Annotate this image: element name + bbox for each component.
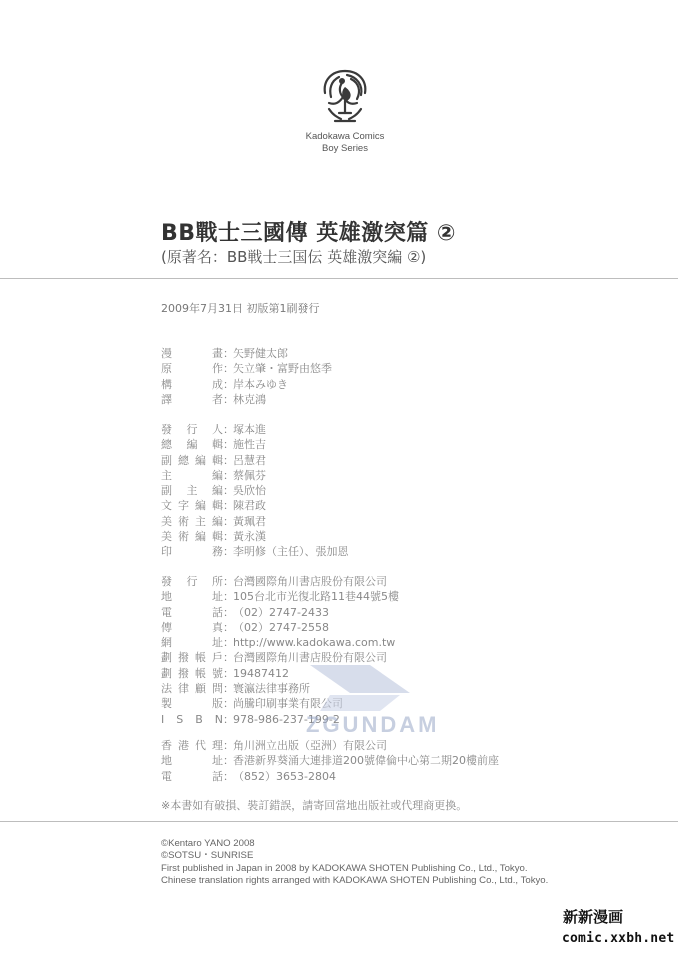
credit-label: 副總編輯 [161, 453, 223, 468]
credit-row: 原作：矢立肇・富野由悠季 [161, 361, 332, 376]
credit-label: 印務 [161, 544, 223, 559]
credit-label: 網址 [161, 635, 223, 650]
credit-label: 地址 [161, 753, 223, 768]
credit-label: ISBN [161, 712, 223, 727]
credit-value: 吳欣怡 [233, 483, 266, 498]
credit-label-char: 編 [195, 529, 206, 544]
credit-label: 劃撥帳戶 [161, 650, 223, 665]
credit-value: 台灣國際角川書店股份有限公司 [233, 650, 387, 665]
original-title: (原著名：BB戦士三国伝 英雄激突編 ②) [161, 246, 426, 267]
credit-separator: ： [223, 544, 233, 559]
credit-row: 發行所：台灣國際角川書店股份有限公司 [161, 574, 399, 589]
credit-label: 漫畫 [161, 346, 223, 361]
credit-label-char: 作 [212, 361, 223, 376]
credit-label-char: 址 [212, 635, 223, 650]
credit-label-char: 副 [161, 483, 172, 498]
credit-label: 譯者 [161, 392, 223, 407]
credit-label: 香港代理 [161, 738, 223, 753]
site-watermark: 新新漫画 comic.xxbh.net [562, 907, 674, 949]
credit-label-char: 主 [161, 468, 172, 483]
credit-value: 矢立肇・富野由悠季 [233, 361, 332, 376]
credit-label-char: 人 [212, 422, 223, 437]
credit-label-char: 地 [161, 753, 172, 768]
credit-row: 主編：蔡佩芬 [161, 468, 349, 483]
credit-label-char: 法 [161, 681, 172, 696]
credit-label-char: 美 [161, 529, 172, 544]
credit-label-char: 術 [178, 514, 189, 529]
credit-value: 台灣國際角川書店股份有限公司 [233, 574, 387, 589]
credit-separator: ： [223, 453, 233, 468]
credit-value: （02）2747-2433 [233, 605, 329, 620]
credit-row: 美術主編：黃珮君 [161, 514, 349, 529]
credit-separator: ： [223, 650, 233, 665]
logo-line-1: Kadokawa Comics [290, 131, 400, 143]
credit-value: （02）2747-2558 [233, 620, 329, 635]
credit-label-char: S [176, 712, 183, 727]
credit-label-char: 總 [178, 453, 189, 468]
credits-editorial: 發行人：塚本進總編輯：施性吉副總編輯：呂慧君主編：蔡佩芬副主編：吳欣怡文字編輯：… [161, 422, 349, 560]
credit-separator: ： [223, 437, 233, 452]
credit-separator: ： [223, 392, 233, 407]
credit-row: 發行人：塚本進 [161, 422, 349, 437]
credit-label-char: 編 [187, 437, 198, 452]
credit-label-char: 話 [212, 769, 223, 784]
credit-label-char: 劃 [161, 666, 172, 681]
credit-label-char: 劃 [161, 650, 172, 665]
credit-label-char: 代 [195, 738, 206, 753]
credit-label-char: 真 [212, 620, 223, 635]
credit-row: 電話：（02）2747-2433 [161, 605, 399, 620]
credit-value: 陳君政 [233, 498, 266, 513]
credit-label: 傳真 [161, 620, 223, 635]
credit-label-char: 發 [161, 422, 172, 437]
site-url: comic.xxbh.net [562, 928, 674, 949]
credit-label-char: 編 [212, 514, 223, 529]
credit-row: 構成：岸本みゆき [161, 377, 332, 392]
credit-row: 劃撥帳號：19487412 [161, 666, 399, 681]
site-name: 新新漫画 [562, 907, 674, 928]
credit-label-char: 行 [187, 422, 198, 437]
kadokawa-logo: Kadokawa Comics Boy Series [290, 65, 400, 155]
credit-value: （852）3653-2804 [233, 769, 336, 784]
credit-value: 黃珮君 [233, 514, 266, 529]
logo-line-2: Boy Series [290, 143, 400, 155]
credits-publisher: 發行所：台灣國際角川書店股份有限公司地址：105台北市光復北路11巷44號5樓電… [161, 574, 399, 727]
credit-label-char: 律 [178, 681, 189, 696]
credit-label-char: B [195, 712, 203, 727]
credit-separator: ： [223, 712, 233, 727]
copyright-block: ©Kentaro YANO 2008 ©SOTSU・SUNRISE First … [161, 838, 548, 887]
credit-value: 蔡佩芬 [233, 468, 266, 483]
credit-label-char: 發 [161, 574, 172, 589]
credit-label: 總編輯 [161, 437, 223, 452]
credit-label-char: 所 [212, 574, 223, 589]
credit-label-char: 印 [161, 544, 172, 559]
credit-separator: ： [223, 753, 233, 768]
credit-label: 副主編 [161, 483, 223, 498]
credit-value: 香港新界葵涌大連排道200號偉倫中心第二期20樓前座 [233, 753, 499, 768]
credit-separator: ： [223, 738, 233, 753]
credit-label-char: 網 [161, 635, 172, 650]
credit-value: 林克鴻 [233, 392, 266, 407]
credit-value: 105台北市光復北路11巷44號5樓 [233, 589, 399, 604]
credit-label-char: 原 [161, 361, 172, 376]
credit-row: 法律顧問：寰瀛法律事務所 [161, 681, 399, 696]
credit-value: http://www.kadokawa.com.tw [233, 635, 395, 650]
credit-label-char: 輯 [212, 453, 223, 468]
credit-label-char: 帳 [195, 650, 206, 665]
copyright-line: First published in Japan in 2008 by KADO… [161, 863, 548, 875]
credit-label: 發行所 [161, 574, 223, 589]
credit-label: 電話 [161, 605, 223, 620]
copyright-line: Chinese translation rights arranged with… [161, 875, 548, 887]
credits-hk-agent: 香港代理：角川洲立出版（亞洲）有限公司地址：香港新界葵涌大連排道200號偉倫中心… [161, 738, 499, 784]
credit-label-char: 問 [212, 681, 223, 696]
credit-label-char: 行 [187, 574, 198, 589]
credit-label-char: 副 [161, 453, 172, 468]
copyright-line: ©SOTSU・SUNRISE [161, 850, 548, 862]
credit-row: 印務：李明修（主任）、張加恩 [161, 544, 349, 559]
credit-label-char: 漫 [161, 346, 172, 361]
credit-label-char: 編 [212, 468, 223, 483]
credit-label-char: 畫 [212, 346, 223, 361]
credit-row: 副總編輯：呂慧君 [161, 453, 349, 468]
credit-value: 施性吉 [233, 437, 266, 452]
credit-label-char: 電 [161, 605, 172, 620]
credit-separator: ： [223, 681, 233, 696]
credit-label-char: 話 [212, 605, 223, 620]
credit-separator: ： [223, 514, 233, 529]
credit-row: 漫畫：矢野健太郎 [161, 346, 332, 361]
credit-label: 製版 [161, 696, 223, 711]
credit-value: 寰瀛法律事務所 [233, 681, 310, 696]
credit-row: 劃撥帳戶：台灣國際角川書店股份有限公司 [161, 650, 399, 665]
phoenix-emblem-icon [317, 65, 373, 127]
credit-separator: ： [223, 422, 233, 437]
credit-label-char: 製 [161, 696, 172, 711]
credit-value: 黃永漢 [233, 529, 266, 544]
credit-label-char: 港 [178, 738, 189, 753]
credit-label: 發行人 [161, 422, 223, 437]
credit-label-char: 電 [161, 769, 172, 784]
credit-value: 角川洲立出版（亞洲）有限公司 [233, 738, 387, 753]
credit-label-char: 編 [212, 483, 223, 498]
credit-separator: ： [223, 666, 233, 681]
edition-date: 2009年7月31日 初版第1刷發行 [161, 300, 319, 316]
credit-label: 電話 [161, 769, 223, 784]
credit-row: 文字編輯：陳君政 [161, 498, 349, 513]
credit-label-char: 字 [178, 498, 189, 513]
credit-label-char: 總 [161, 437, 172, 452]
credit-label-char: 址 [212, 589, 223, 604]
credit-separator: ： [223, 468, 233, 483]
credit-label-char: 戶 [212, 650, 223, 665]
credit-separator: ： [223, 635, 233, 650]
credit-row: 網址：http://www.kadokawa.com.tw [161, 635, 399, 650]
credit-value: 呂慧君 [233, 453, 266, 468]
credit-label-char: 帳 [195, 666, 206, 681]
credit-value: 19487412 [233, 666, 289, 681]
credit-separator: ： [223, 574, 233, 589]
credit-label-char: 版 [212, 696, 223, 711]
credit-separator: ： [223, 483, 233, 498]
credit-row: 地址：香港新界葵涌大連排道200號偉倫中心第二期20樓前座 [161, 753, 499, 768]
credit-label-char: 者 [212, 392, 223, 407]
credit-label-char: 輯 [212, 437, 223, 452]
credits-creators: 漫畫：矢野健太郎原作：矢立肇・富野由悠季構成：岸本みゆき譯者：林克鴻 [161, 346, 332, 407]
credit-label-char: N [215, 712, 223, 727]
credit-label-char: 術 [178, 529, 189, 544]
credit-label: 地址 [161, 589, 223, 604]
credit-label-char: 撥 [178, 650, 189, 665]
credit-label-char: 編 [195, 498, 206, 513]
credit-value: 978-986-237-199-2 [233, 712, 340, 727]
divider-bottom [0, 821, 678, 822]
credit-label-char: 顧 [195, 681, 206, 696]
credit-label-char: 傳 [161, 620, 172, 635]
credit-label-char: 址 [212, 753, 223, 768]
credit-label-char: 香 [161, 738, 172, 753]
credit-row: 香港代理：角川洲立出版（亞洲）有限公司 [161, 738, 499, 753]
credit-separator: ： [223, 361, 233, 376]
credit-label-char: 構 [161, 377, 172, 392]
credit-value: 尚騰印刷事業有限公司 [233, 696, 343, 711]
credit-value: 李明修（主任）、張加恩 [233, 544, 349, 559]
credit-separator: ： [223, 620, 233, 635]
credit-label-char: 務 [212, 544, 223, 559]
credit-separator: ： [223, 529, 233, 544]
credit-value: 塚本進 [233, 422, 266, 437]
credit-separator: ： [223, 769, 233, 784]
credit-label-char: 理 [212, 738, 223, 753]
credit-row: 譯者：林克鴻 [161, 392, 332, 407]
credit-separator: ： [223, 377, 233, 392]
credit-label: 美術主編 [161, 514, 223, 529]
credit-label: 美術編輯 [161, 529, 223, 544]
credit-row: 製版：尚騰印刷事業有限公司 [161, 696, 399, 711]
credit-separator: ： [223, 346, 233, 361]
credit-label-char: 編 [195, 453, 206, 468]
credit-label-char: 輯 [212, 529, 223, 544]
credit-separator: ： [223, 605, 233, 620]
credit-label-char: 譯 [161, 392, 172, 407]
credit-label-char: 主 [195, 514, 206, 529]
book-title: BB戰士三國傳 英雄激突篇 ② [161, 216, 456, 247]
credit-label-char: 輯 [212, 498, 223, 513]
credit-label: 法律顧問 [161, 681, 223, 696]
credit-row: 地址：105台北市光復北路11巷44號5樓 [161, 589, 399, 604]
credit-row: 總編輯：施性吉 [161, 437, 349, 452]
credit-label-char: 成 [212, 377, 223, 392]
credit-row: 副主編：吳欣怡 [161, 483, 349, 498]
credit-label-char: 號 [212, 666, 223, 681]
credit-label: 構成 [161, 377, 223, 392]
credit-label-char: 地 [161, 589, 172, 604]
credit-label: 文字編輯 [161, 498, 223, 513]
credit-row: 電話：（852）3653-2804 [161, 769, 499, 784]
credit-value: 岸本みゆき [233, 377, 288, 392]
credit-value: 矢野健太郎 [233, 346, 288, 361]
divider-top [0, 278, 678, 279]
credit-label-char: 美 [161, 514, 172, 529]
credit-row: 美術編輯：黃永漢 [161, 529, 349, 544]
credit-row: ISBN：978-986-237-199-2 [161, 712, 399, 727]
credit-row: 傳真：（02）2747-2558 [161, 620, 399, 635]
credit-label-char: 文 [161, 498, 172, 513]
credit-separator: ： [223, 498, 233, 513]
copyright-line: ©Kentaro YANO 2008 [161, 838, 548, 850]
credit-label: 主編 [161, 468, 223, 483]
credit-label-char: I [161, 712, 164, 727]
credit-label-char: 主 [187, 483, 198, 498]
credit-label-char: 撥 [178, 666, 189, 681]
credit-separator: ： [223, 696, 233, 711]
credit-label: 原作 [161, 361, 223, 376]
credit-label: 劃撥帳號 [161, 666, 223, 681]
credit-separator: ： [223, 589, 233, 604]
damage-notice: ※本書如有破損、裝訂錯誤，請寄回當地出版社或代理商更換。 [161, 797, 467, 813]
